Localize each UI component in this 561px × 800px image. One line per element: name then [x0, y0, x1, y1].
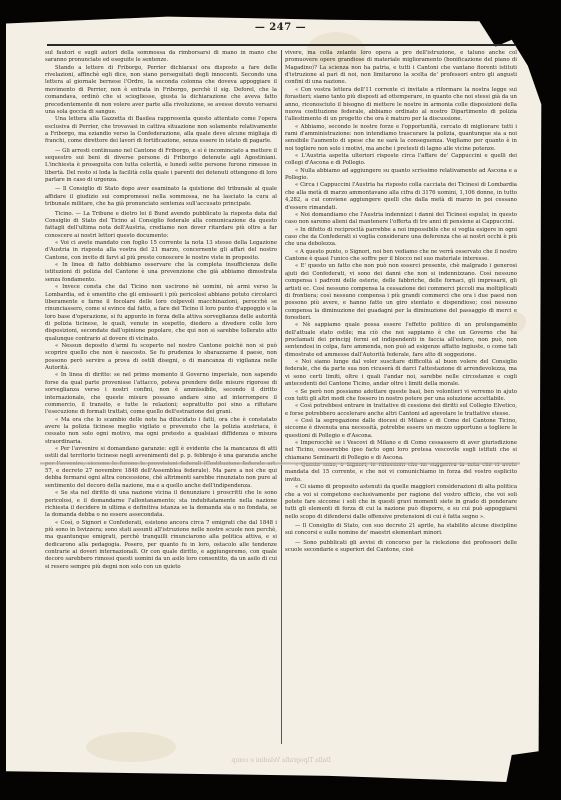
column-divider [281, 50, 282, 744]
paragraph: « Noi domandiamo che l'Austria indennizz… [285, 212, 517, 227]
paragraph: « Imperocchè se i Vescovi di Milano e di… [285, 440, 517, 462]
paragraph: « Noi siamo lunge dal voler suscitare di… [285, 359, 517, 388]
paragraph: « Con vostra lettera dell'11 corrente ci… [285, 87, 517, 124]
paragraph: « Se però non possiamo adottare queste b… [285, 389, 517, 404]
right-column: vivere, ma colla zelante loro opera a pr… [285, 50, 517, 744]
paragraph: « Voi ci avete mandato con foglio 15 cor… [45, 240, 277, 262]
paragraph: « A questo punto, o Signori, noi ben ved… [285, 249, 517, 264]
paragraph: « L'Austria aspetta ulteriori risposte c… [285, 153, 517, 168]
page-number: — 247 — [0, 22, 561, 33]
paragraph: « Nessun deposito d'armi fu scoperto nel… [45, 343, 277, 372]
paragraph: « Nulla abbiamo ad aggiungere su quanto … [285, 168, 517, 183]
paragraph: Stando a lettere di Friborgo, Perrier di… [45, 65, 277, 117]
paragraph: « In difetto di reciprocità parrebbe a n… [285, 227, 517, 249]
paragraph: « Queste sono, o Signori, le riflessioni… [285, 462, 517, 484]
paragraph: « Ci siamo di proposito astenuti da quel… [285, 484, 517, 521]
paragraph: « In linea di fatto dobbiamo osservare c… [45, 262, 277, 284]
header-rule [47, 44, 515, 46]
paragraph: — Sono pubblicati gli avvisi di concorso… [285, 540, 517, 555]
paragraph: — Gli arresti continuano nel Cantone di … [45, 148, 277, 185]
paragraph: vivere, ma colla zelante loro opera a pr… [285, 50, 517, 87]
section-ticino: Ticino. — La Tribune e dietro lei il Bun… [45, 211, 277, 240]
paragraph: « Così, o Signori e Confederati, esiston… [45, 520, 277, 572]
bleed-through-imprint: Dalla Tipografia Veladini e comp. [0, 757, 561, 764]
paragraph: « Per l'avvenire si domandano garanzie: … [45, 446, 277, 490]
paragraph: « In linea di diritto: se nel primo mome… [45, 372, 277, 416]
paragraph: sul fautori e sugli autori della sommoss… [45, 50, 277, 65]
paragraph: « Così la segregazione dalle diocesi di … [285, 418, 517, 440]
paragraph: Una lettera alla Gazzetta di Basilea rap… [45, 116, 277, 145]
paragraph: « Nè sappiamo quale possa essere l'effet… [285, 322, 517, 359]
paragraph: — Il Consiglio di Stato, con suo decreto… [285, 523, 517, 538]
paragraph: « Ma ora che lo scambio delle note ha di… [45, 417, 277, 446]
paragraph: « E' questo un fatto che non può non ess… [285, 263, 517, 322]
paper-fold-crease [40, 462, 520, 465]
paragraph: « Se sta nel diritto di una nazione vici… [45, 490, 277, 519]
paragraph: « Così potrebbesi entrare in trattative … [285, 403, 517, 418]
left-column: sul fautori e sugli autori della sommoss… [45, 50, 277, 744]
paragraph: — Il Consiglio di Stato dopo aver esamin… [45, 186, 277, 208]
paragraph: « Circa i Cappuccini l'Austria ha rispos… [285, 182, 517, 211]
paragraph: « Abbiamo, secondo le nostre forze e l'o… [285, 124, 517, 153]
paragraph: « Invece consta che dal Ticino non uscir… [45, 284, 277, 343]
